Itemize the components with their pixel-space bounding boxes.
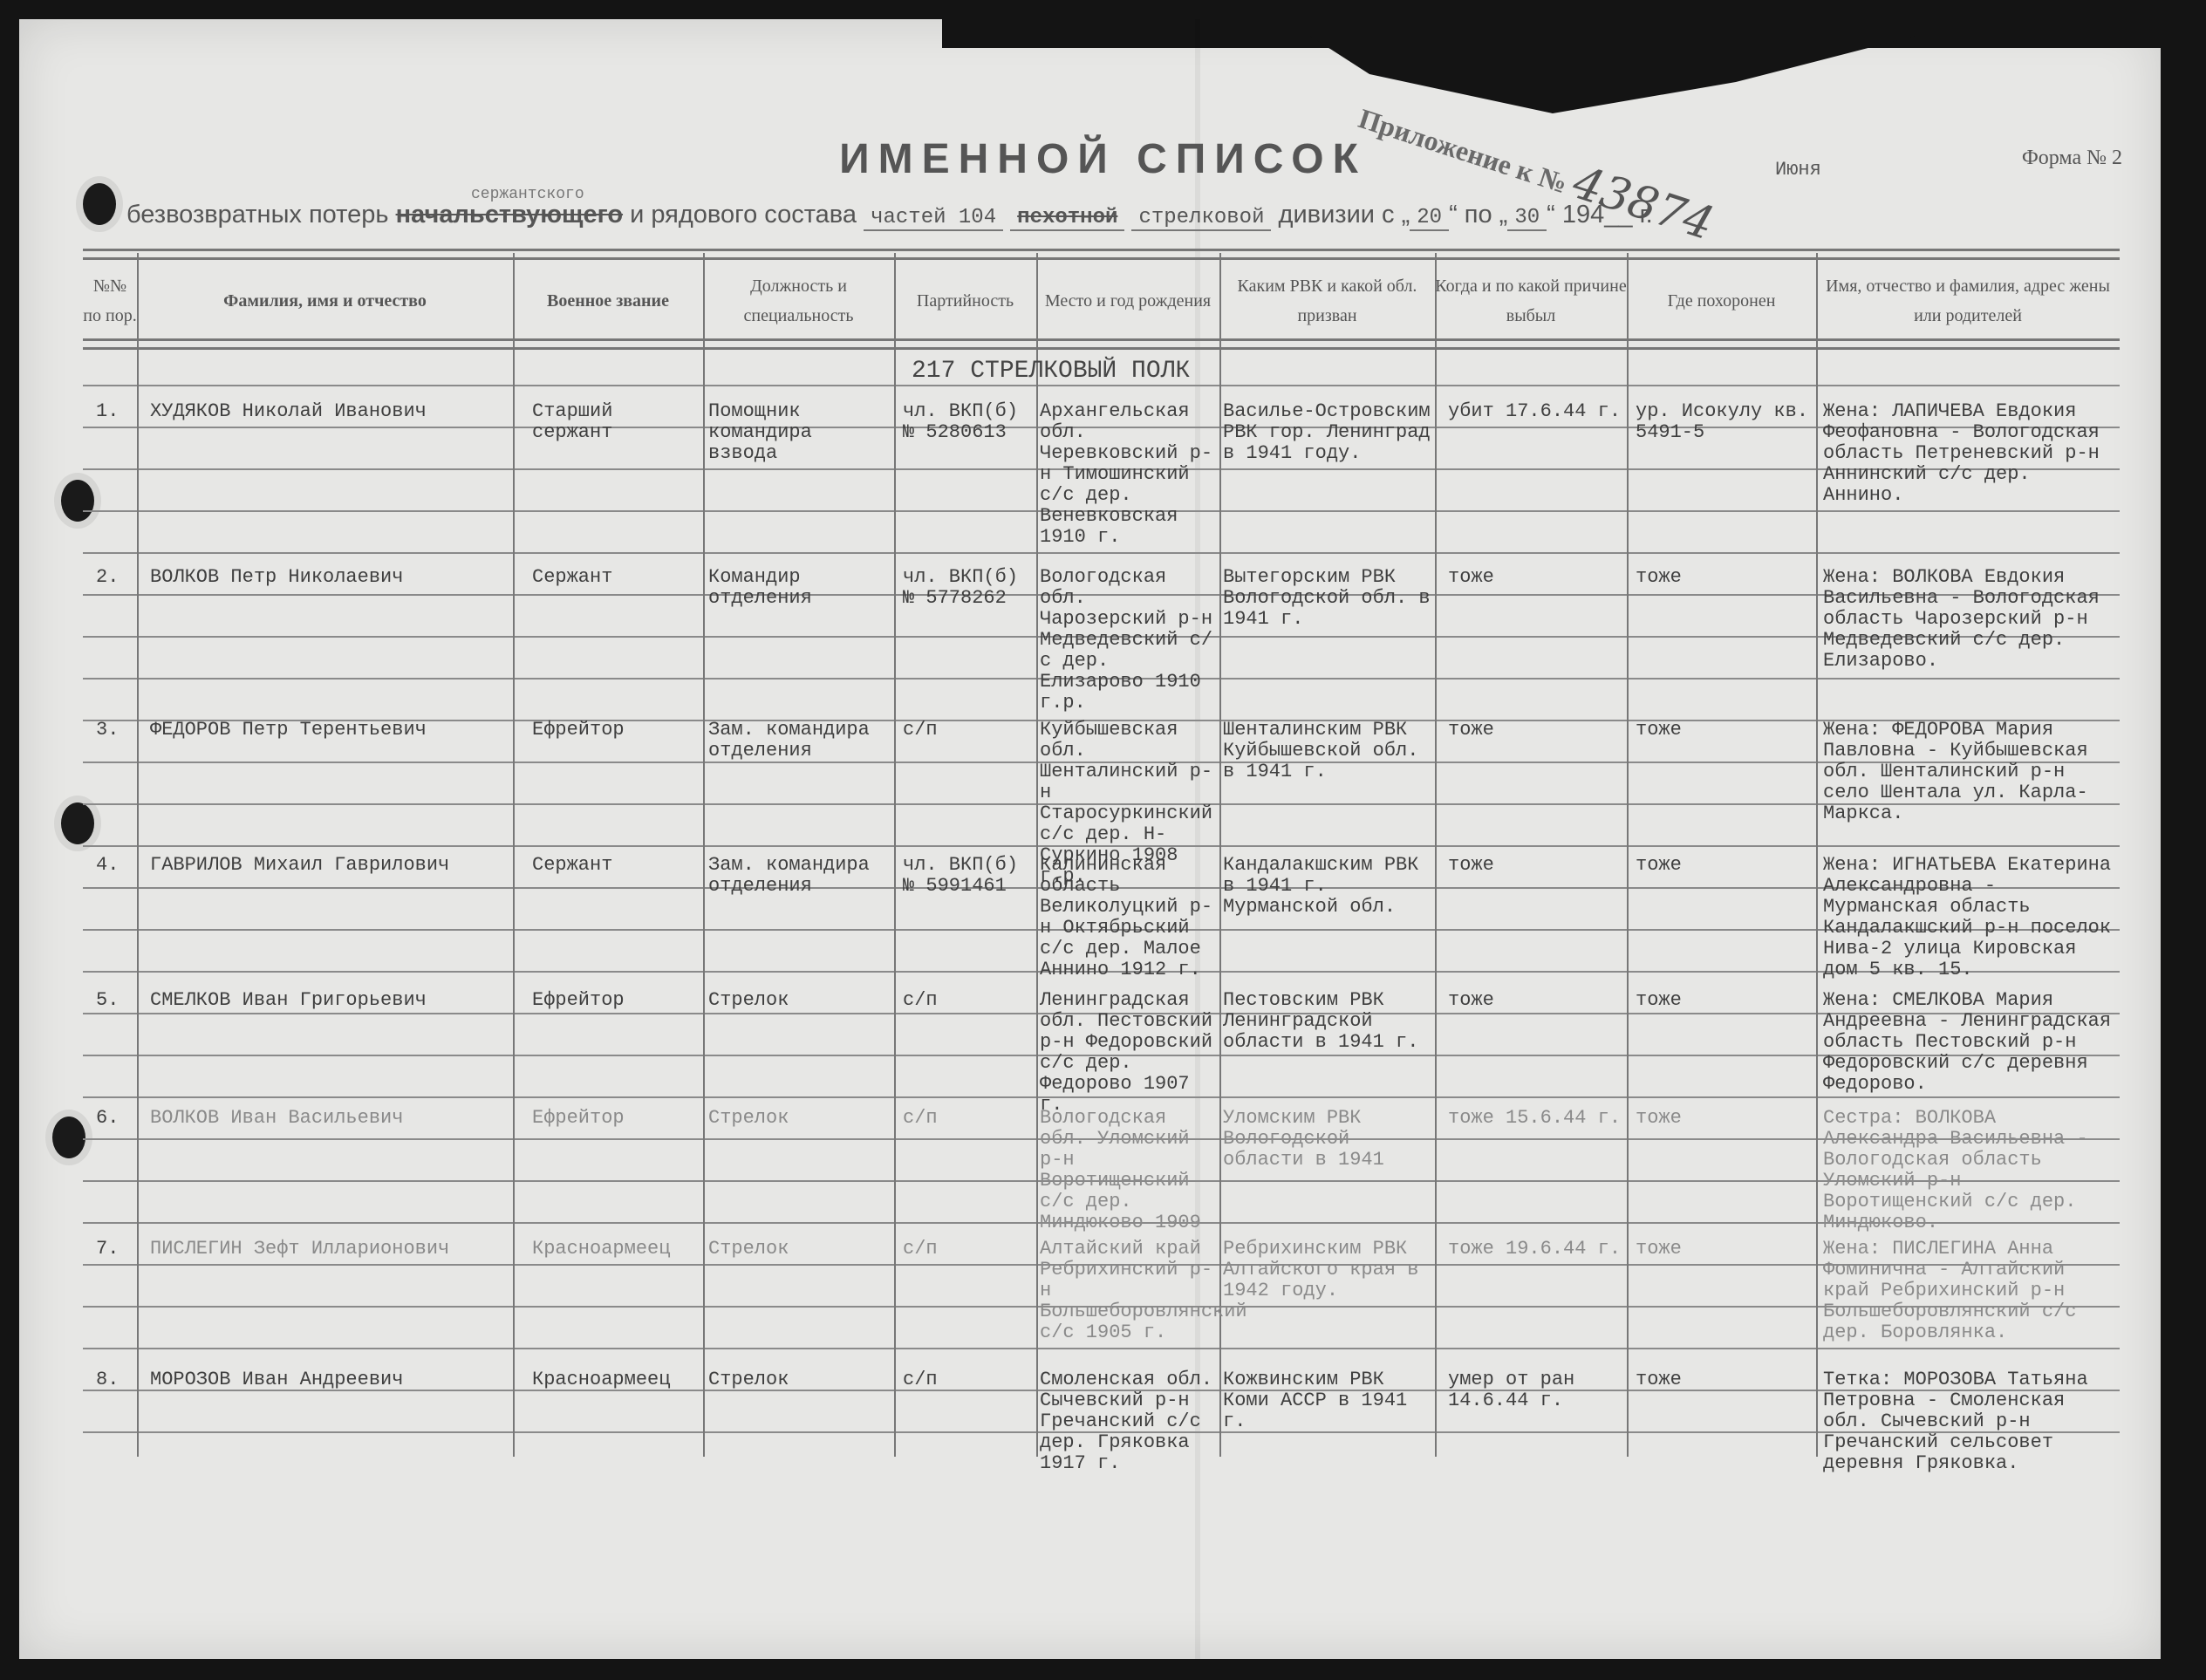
cell-reason: умер от ран 14.6.44 г. <box>1448 1369 1622 1411</box>
cell-birth: Алтайский край Ребрихинский р-н Большебо… <box>1040 1239 1219 1343</box>
cell-name: ВОЛКОВ Петр Николаевич <box>150 567 508 588</box>
cell-position: Стрелок <box>708 1108 891 1129</box>
cell-relative: Жена: ФЕДОРОВА Мария Павловна - Куйбышев… <box>1823 720 2115 824</box>
cell-reason: тоже <box>1448 720 1622 741</box>
cell-rvk: Пестовским РВК Ленинградской области в 1… <box>1223 990 1432 1053</box>
cell-name: ХУДЯКОВ Николай Иванович <box>150 401 508 422</box>
punch-hole <box>61 802 94 844</box>
cell-party: с/п <box>903 990 1034 1011</box>
header-party: Партийность <box>894 262 1036 340</box>
cell-rank: Ефрейтор <box>532 990 698 1011</box>
cell-rvk: Кандалакшским РВК в 1941 г. Мурманской о… <box>1223 855 1432 918</box>
cell-reason: убит 17.6.44 г. <box>1448 401 1622 422</box>
cell-birth: Архангельская обл. Черевковский р-н Тимо… <box>1040 401 1219 548</box>
cell-no: 5. <box>96 990 135 1011</box>
cell-rank: Сержант <box>532 567 698 588</box>
cell-name: ГАВРИЛОВ Михаил Гаврилович <box>150 855 508 876</box>
header-reason: Когда и по какой причине выбыл <box>1435 262 1627 340</box>
column-divider <box>1219 253 1221 1457</box>
cell-buried: тоже <box>1636 1369 1810 1390</box>
struck-word: начальствующего <box>396 201 623 229</box>
cell-buried: тоже <box>1636 990 1810 1011</box>
regiment-note: 217 СТРЕЛКОВЫЙ ПОЛК <box>912 358 1190 385</box>
cell-relative: Жена: ПИСЛЕГИНА Анна Фоминична - Алтайск… <box>1823 1239 2115 1343</box>
ruled-line <box>83 385 2120 386</box>
header-relative: Имя, отчество и фамилия, адрес жены или … <box>1816 262 2120 340</box>
cell-party: с/п <box>903 1369 1034 1390</box>
header-rvk: Каким РВК и какой обл. призван <box>1219 262 1435 340</box>
cell-no: 7. <box>96 1239 135 1260</box>
cell-rank: Ефрейтор <box>532 720 698 741</box>
cell-rank: Ефрейтор <box>532 1108 698 1129</box>
cell-buried: тоже <box>1636 1108 1810 1129</box>
cell-party: чл. ВКП(б) № 5778262 <box>903 567 1034 609</box>
subtitle-line: безвозвратных потерь начальствующего и р… <box>126 201 1653 229</box>
cell-relative: Жена: ЛАПИЧЕВА Евдокия Феофановна - Воло… <box>1823 401 2115 506</box>
column-divider <box>1816 253 1818 1457</box>
header-position: Должность и специальность <box>703 262 894 340</box>
cell-rvk: Ребрихинским РВК Алтайского края в 1942 … <box>1223 1239 1432 1301</box>
cell-buried: тоже <box>1636 855 1810 876</box>
cell-birth: Ленинградская обл. Пестовский р-н Федоро… <box>1040 990 1219 1116</box>
cell-rank: Красноармеец <box>532 1239 698 1260</box>
table-top-rule <box>83 249 2120 260</box>
cell-name: СМЕЛКОВ Иван Григорьевич <box>150 990 508 1011</box>
cell-relative: Сестра: ВОЛКОВА Александра Васильевна - … <box>1823 1108 2115 1233</box>
cell-name: МОРОЗОВ Иван Андреевич <box>150 1369 508 1390</box>
ruled-line <box>83 552 2120 554</box>
cell-party: с/п <box>903 1108 1034 1129</box>
cell-reason: тоже <box>1448 990 1622 1011</box>
cell-buried: тоже <box>1636 567 1810 588</box>
cell-birth: Смоленская обл. Сычевский р-н Гречанский… <box>1040 1369 1219 1474</box>
cell-party: чл. ВКП(б) № 5991461 <box>903 855 1034 897</box>
cell-no: 1. <box>96 401 135 422</box>
cell-no: 4. <box>96 855 135 876</box>
cell-reason: тоже 19.6.44 г. <box>1448 1239 1622 1260</box>
cell-name: ВОЛКОВ Иван Васильевич <box>150 1108 508 1129</box>
column-divider <box>1435 253 1437 1457</box>
cell-no: 3. <box>96 720 135 741</box>
cell-relative: Жена: СМЕЛКОВА Мария Андреевна - Ленингр… <box>1823 990 2115 1095</box>
header-birth: Место и год рождения <box>1036 262 1219 340</box>
cell-position: Стрелок <box>708 990 891 1011</box>
cell-reason: тоже 15.6.44 г. <box>1448 1108 1622 1129</box>
cell-reason: тоже <box>1448 567 1622 588</box>
division-type: стрелковой <box>1131 206 1271 231</box>
cell-rvk: Василье-Островским РВК гор. Ленинград в … <box>1223 401 1432 464</box>
cell-position: Стрелок <box>708 1369 891 1390</box>
header-buried: Где похоронен <box>1627 262 1816 340</box>
date-to: 30 <box>1507 206 1547 231</box>
cell-relative: Тетка: МОРОЗОВА Татьяна Петровна - Смоле… <box>1823 1369 2115 1474</box>
cell-birth: Калининская область Великолуцкий р-н Окт… <box>1040 855 1219 980</box>
date-from: 20 <box>1410 206 1449 231</box>
document-title: ИМЕННОЙ СПИСОК <box>0 135 2206 183</box>
column-divider <box>1627 253 1629 1457</box>
cell-reason: тоже <box>1448 855 1622 876</box>
punch-hole <box>83 183 116 225</box>
cell-no: 6. <box>96 1108 135 1129</box>
punch-hole <box>61 480 94 522</box>
cell-birth: Вологодская обл. Чарозерский р-н Медведе… <box>1040 567 1219 714</box>
cell-no: 2. <box>96 567 135 588</box>
cell-rvk: Вытегорским РВК Вологодской обл. в 1941 … <box>1223 567 1432 630</box>
cell-buried: тоже <box>1636 1239 1810 1260</box>
cell-buried: ур. Исокулу кв. 5491-5 <box>1636 401 1810 443</box>
cell-position: Помощник командира взвода <box>708 401 891 464</box>
cell-birth: Вологодская обл. Уломский р-н Воротищенс… <box>1040 1108 1219 1233</box>
cell-name: ПИСЛЕГИН Зефт Илларионович <box>150 1239 508 1260</box>
column-divider <box>513 253 515 1457</box>
cell-position: Командир отделения <box>708 567 891 609</box>
column-divider <box>1036 253 1038 1457</box>
cell-rank: Красноармеец <box>532 1369 698 1390</box>
column-divider <box>894 253 896 1457</box>
cell-relative: Жена: ИГНАТЬЕВА Екатерина Александровна … <box>1823 855 2115 980</box>
stamp-month: Июня <box>1775 159 1821 181</box>
column-divider <box>137 253 139 1457</box>
header-name: Фамилия, имя и отчество <box>137 262 513 340</box>
cell-rank: Старший сержант <box>532 401 698 443</box>
cell-relative: Жена: ВОЛКОВА Евдокия Васильевна - Волог… <box>1823 567 2115 672</box>
cell-party: чл. ВКП(б) № 5280613 <box>903 401 1034 443</box>
cell-name: ФЕДОРОВ Петр Терентьевич <box>150 720 508 741</box>
cell-party: с/п <box>903 720 1034 741</box>
cell-buried: тоже <box>1636 720 1810 741</box>
form-number: Форма № 2 <box>2022 147 2122 170</box>
cell-no: 8. <box>96 1369 135 1390</box>
unit-field: частей 104 <box>864 206 1003 231</box>
cell-party: с/п <box>903 1239 1034 1260</box>
cell-rvk: Шенталинским РВК Куйбышевской обл. в 194… <box>1223 720 1432 782</box>
cell-position: Зам. командира отделения <box>708 720 891 761</box>
header-rank: Военное звание <box>513 262 703 340</box>
ruled-line <box>83 1348 2120 1349</box>
header-number: №№ по пор. <box>83 262 137 340</box>
cell-position: Стрелок <box>708 1239 891 1260</box>
cell-rank: Сержант <box>532 855 698 876</box>
cell-position: Зам. командира отделения <box>708 855 891 897</box>
cell-rvk: Кожвинским РВК Коми АССР в 1941 г. <box>1223 1369 1432 1432</box>
year: 194 <box>1562 201 1604 229</box>
punch-hole <box>52 1117 85 1158</box>
cell-rvk: Уломским РВК Вологодской области в 1941 <box>1223 1108 1432 1171</box>
column-divider <box>703 253 705 1457</box>
struck-unit: пехотной <box>1010 206 1124 231</box>
